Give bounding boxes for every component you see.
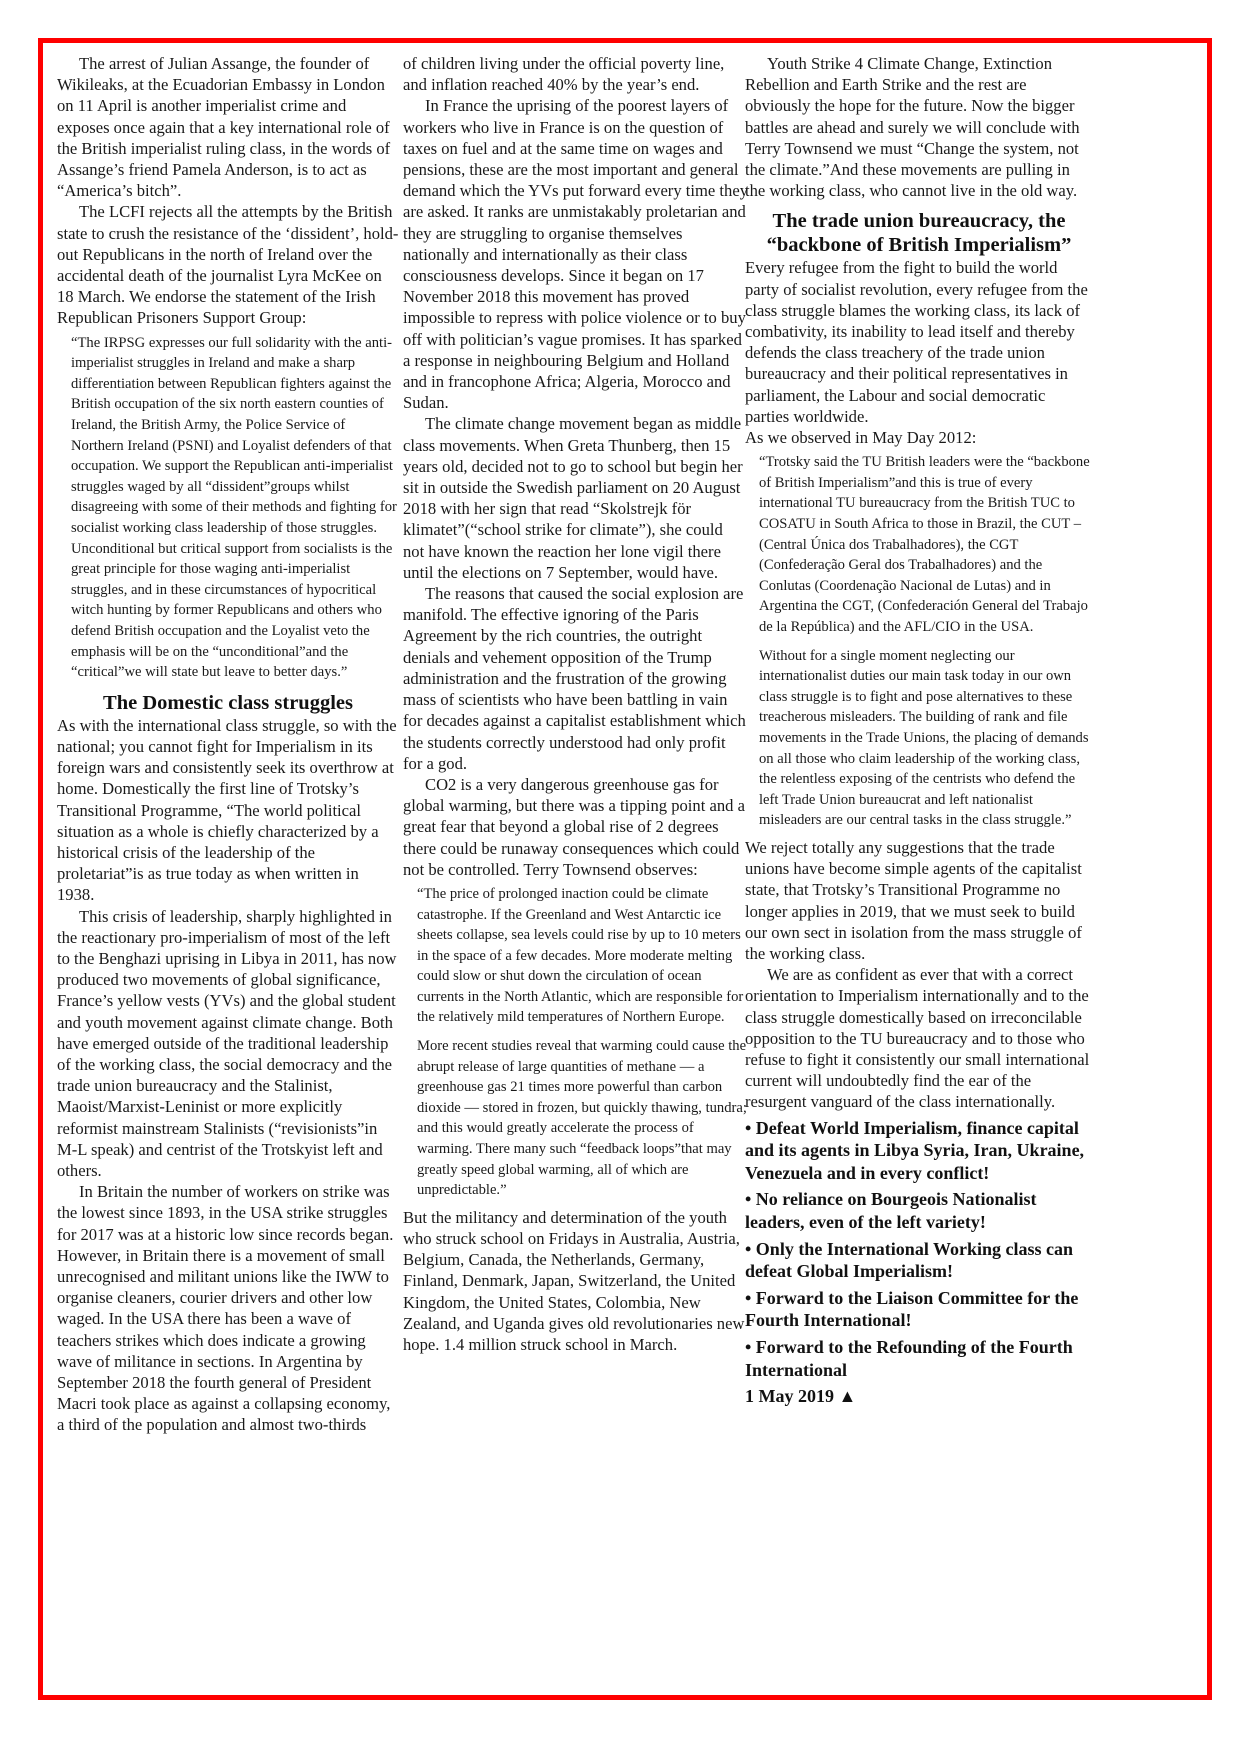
paragraph-britain-strikes: In Britain the number of workers on stri…	[57, 1181, 399, 1435]
paragraph-co2: CO2 is a very dangerous greenhouse gas f…	[403, 774, 748, 880]
paragraph-reject-suggestions: We reject totally any suggestions that t…	[745, 837, 1093, 964]
quote-townsend-part-2: More recent studies reveal that warming …	[417, 1036, 748, 1201]
heading-trade-union-bureaucracy: The trade union bureaucracy, the “backbo…	[745, 209, 1093, 257]
paragraph-lcfi: The LCFI rejects all the attempts by the…	[57, 201, 399, 328]
slogan-defeat-imperialism: • Defeat World Imperialism, finance capi…	[745, 1117, 1093, 1185]
slogan-refounding: • Forward to the Refounding of the Fourt…	[745, 1336, 1093, 1381]
paragraph-crisis-leadership: This crisis of leadership, sharply highl…	[57, 906, 399, 1182]
column-2: of children living under the official po…	[403, 53, 748, 1355]
page-border: The arrest of Julian Assange, the founde…	[38, 38, 1212, 1700]
paragraph-climate-movement: The climate change movement began as mid…	[403, 413, 748, 583]
paragraph-confident: We are as confident as ever that with a …	[745, 964, 1093, 1112]
paragraph-youth-strike: But the militancy and determination of t…	[403, 1207, 748, 1355]
quote-may-day-part-2: Without for a single moment neglecting o…	[759, 646, 1093, 831]
slogan-no-reliance: • No reliance on Bourgeois Nationalist l…	[745, 1188, 1093, 1233]
slogan-working-class: • Only the International Working class c…	[745, 1238, 1093, 1283]
paragraph-may-day-2012: As we observed in May Day 2012:	[745, 427, 1093, 448]
quote-may-day-part-1: “Trotsky said the TU British leaders wer…	[759, 452, 1093, 637]
quote-townsend: “The price of prolonged inaction could b…	[417, 884, 748, 1201]
column-3: Youth Strike 4 Climate Change, Extinctio…	[745, 53, 1093, 1407]
paragraph-poverty-continued: of children living under the official po…	[403, 53, 748, 95]
paragraph-refugee: Every refugee from the fight to build th…	[745, 257, 1093, 427]
paragraph-assange: The arrest of Julian Assange, the founde…	[57, 53, 399, 201]
heading-domestic-class-struggles: The Domestic class struggles	[57, 691, 399, 715]
paragraph-international-national: As with the international class struggle…	[57, 715, 399, 906]
paragraph-social-explosion: The reasons that caused the social explo…	[403, 583, 748, 774]
quote-may-day-2012: “Trotsky said the TU British leaders wer…	[759, 452, 1093, 831]
slogan-liaison-committee: • Forward to the Liaison Committee for t…	[745, 1287, 1093, 1332]
quote-townsend-part-1: “The price of prolonged inaction could b…	[417, 884, 748, 1028]
paragraph-youth-hope: Youth Strike 4 Climate Change, Extinctio…	[745, 53, 1093, 201]
quote-irpsg-text: “The IRPSG expresses our full solidarity…	[71, 333, 399, 683]
column-1: The arrest of Julian Assange, the founde…	[57, 53, 399, 1436]
signoff-date: 1 May 2019 ▲	[745, 1385, 1093, 1407]
quote-irpsg: “The IRPSG expresses our full solidarity…	[71, 333, 399, 683]
paragraph-france-uprising: In France the uprising of the poorest la…	[403, 95, 748, 413]
